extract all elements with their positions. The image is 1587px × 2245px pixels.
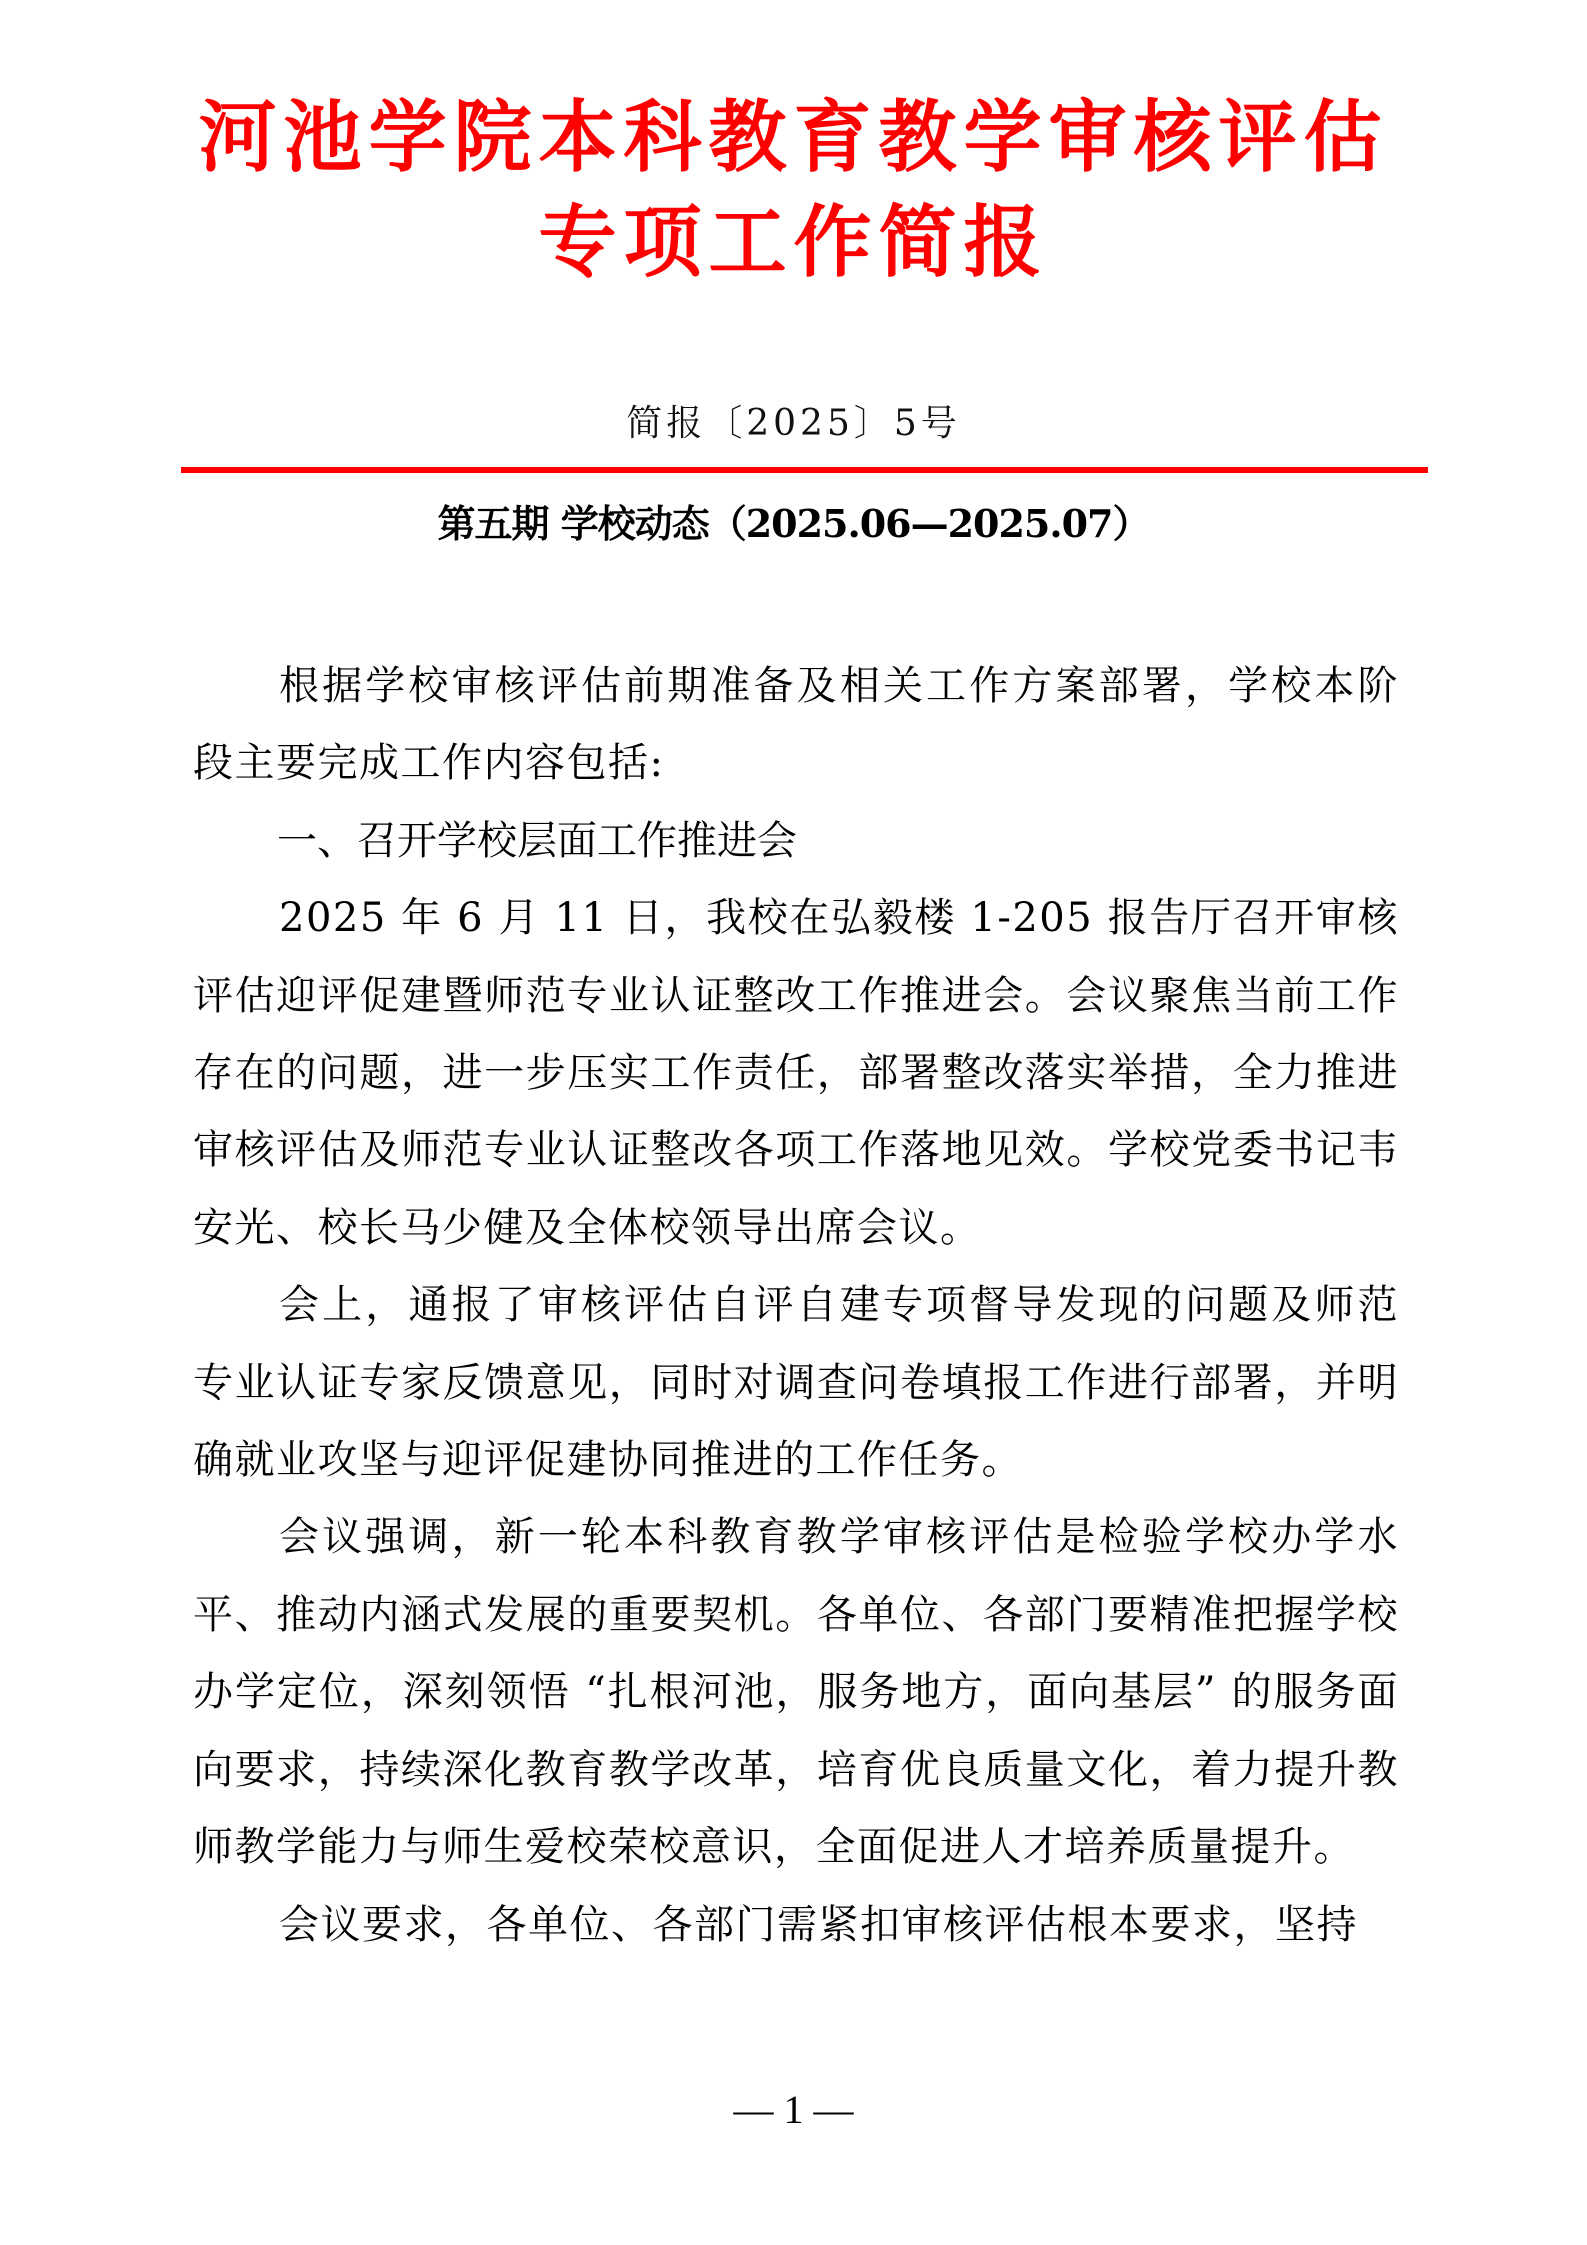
- body-paragraph: 2025 年 6 月 11 日，我校在弘毅楼 1-205 报告厅召开审核评估迎评…: [193, 880, 1399, 1267]
- bulletin-title-line1: 河池学院本科教育教学审核评估: [0, 99, 1587, 177]
- intro-paragraph: 根据学校审核评估前期准备及相关工作方案部署，学校本阶段主要完成工作内容包括:: [193, 648, 1399, 803]
- issue-number: 简报〔2025〕5号: [0, 402, 1587, 446]
- document-body: 根据学校审核评估前期准备及相关工作方案部署，学校本阶段主要完成工作内容包括: 一…: [193, 648, 1399, 1964]
- body-paragraph: 会议强调，新一轮本科教育教学审核评估是检验学校办学水平、推动内涵式发展的重要契机…: [193, 1499, 1399, 1886]
- red-divider: [181, 467, 1428, 473]
- body-paragraph: 会议要求，各单位、各部门需紧扣审核评估根本要求，坚持: [193, 1887, 1399, 1964]
- body-paragraph: 会上，通报了审核评估自评自建专项督导发现的问题及师范专业认证专家反馈意见，同时对…: [193, 1267, 1399, 1499]
- section-heading: 一、召开学校层面工作推进会: [193, 803, 1399, 880]
- page-number: — 1 —: [0, 2088, 1587, 2132]
- issue-subtitle: 第五期 学校动态（2025.06—2025.07）: [0, 499, 1587, 549]
- bulletin-title-line2: 专项工作简报: [0, 204, 1587, 282]
